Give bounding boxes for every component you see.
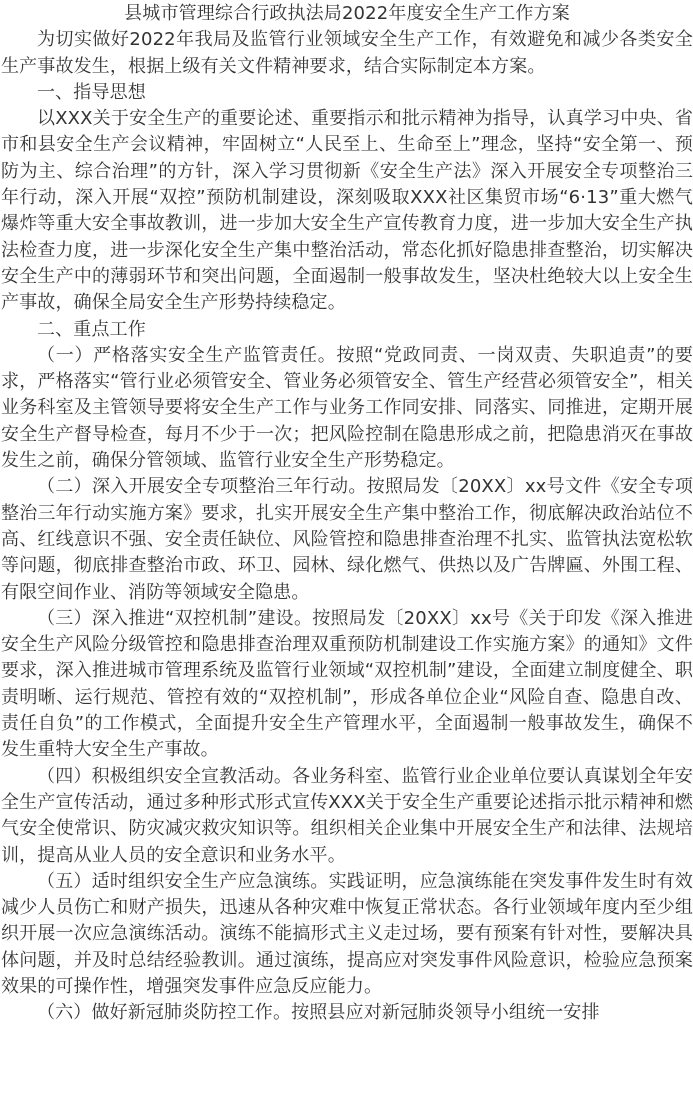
guiding-ideology-paragraph: 以XXX关于安全生产的重要论述、重要指示和批示精神为指导，认真学习中央、省市和县… — [1, 106, 693, 316]
key-work-item-1: （一）严格落实安全生产监管责任。按照“党政同责、一岗双责、失职追责”的要求，严格… — [1, 343, 693, 474]
document-body: 县城市管理综合行政执法局2022年度安全生产工作方案 为切实做好2022年我局及… — [1, 1, 693, 1027]
key-work-item-6: （六）做好新冠肺炎防控工作。按照县应对新冠肺炎领导小组统一安排 — [1, 1000, 693, 1026]
document-title: 县城市管理综合行政执法局2022年度安全生产工作方案 — [1, 1, 693, 27]
key-work-item-4: （四）积极组织安全宣教活动。各业务科室、监管行业企业单位要认真谋划全年安全生产宣… — [1, 764, 693, 869]
key-work-item-2: （二）深入开展安全专项整治三年行动。按照局发〔20XX〕xx号文件《安全专项整治… — [1, 474, 693, 605]
section-heading-guiding-ideology: 一、指导思想 — [1, 80, 693, 106]
section-heading-key-work: 二、重点工作 — [1, 317, 693, 343]
intro-paragraph: 为切实做好2022年我局及监管行业领域安全生产工作，有效避免和减少各类安全生产事… — [1, 27, 693, 80]
key-work-item-3: （三）深入推进“双控机制”建设。按照局发〔20XX〕xx号《关于印发《深入推进安… — [1, 606, 693, 764]
key-work-item-5: （五）适时组织安全生产应急演练。实践证明，应急演练能在突发事件发生时有效减少人员… — [1, 869, 693, 1000]
